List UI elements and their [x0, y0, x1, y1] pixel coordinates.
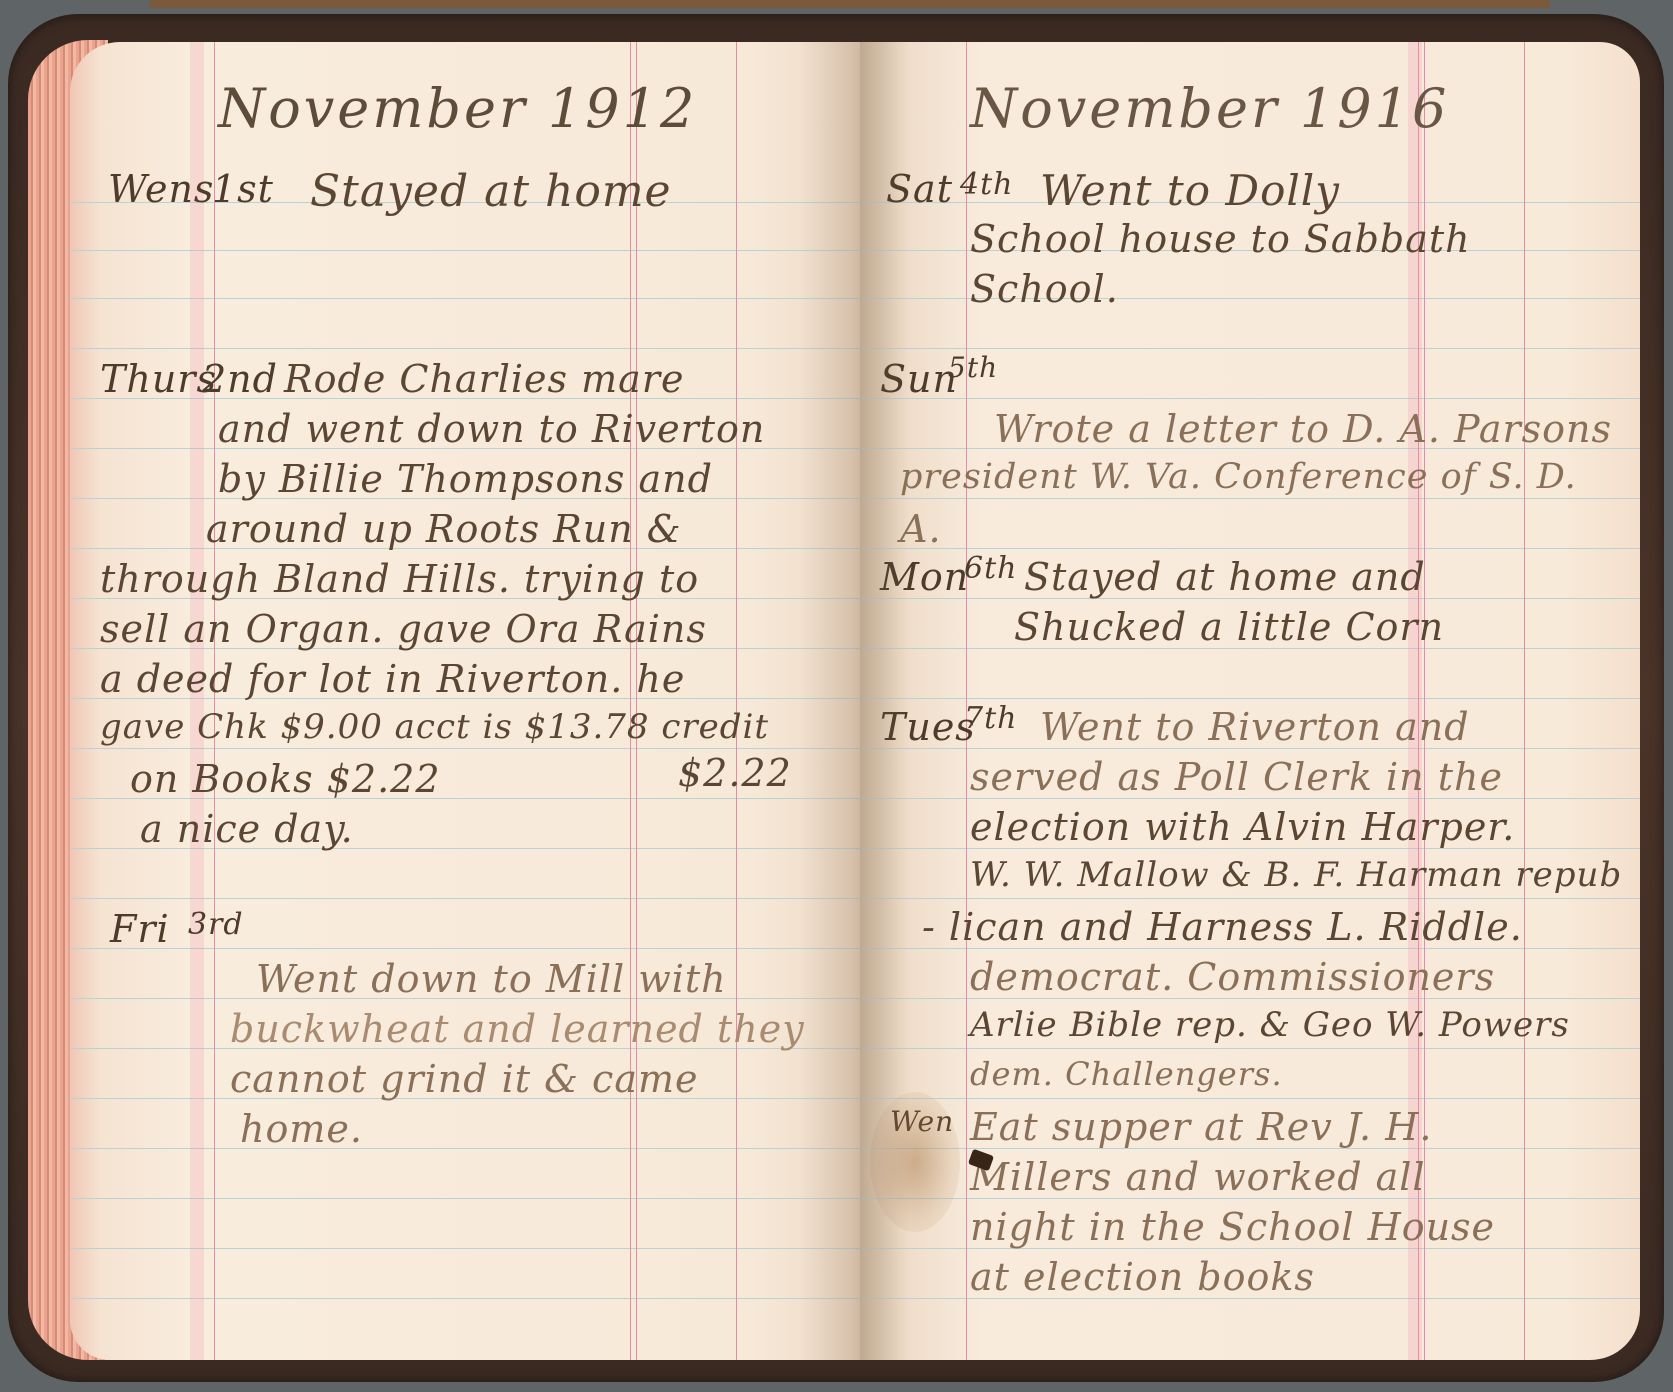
- entry-line: Arlie Bible rep. & Geo W. Powers: [970, 1008, 1570, 1042]
- entry-line: a nice day.: [140, 810, 354, 848]
- entry-line: - lican and Harness L. Riddle.: [922, 908, 1523, 946]
- rule-line: [70, 1198, 860, 1199]
- page-heading: November 1912: [218, 82, 697, 136]
- entry-line: A.: [900, 510, 942, 548]
- entry-line: School.: [970, 270, 1119, 308]
- entry-line: democrat. Commissioners: [970, 958, 1495, 996]
- rule-line: [70, 250, 860, 251]
- scan-top-edge: [150, 0, 1550, 8]
- amount-column-line: [630, 42, 637, 1360]
- entry-line: president W. Va. Conference of S. D.: [900, 460, 1577, 495]
- entry-day: Fri: [110, 910, 170, 948]
- pink-tint: [190, 42, 204, 1360]
- entry-date: 4th: [960, 170, 1013, 200]
- left-page: November 1912 Wens 1st Stayed at home Th…: [70, 42, 860, 1360]
- entry-line: Shucked a little Corn: [1014, 608, 1444, 646]
- entry-line: served as Poll Clerk in the: [970, 758, 1503, 796]
- entry-line: by Billie Thompsons and: [218, 460, 713, 498]
- rule-line: [860, 398, 1640, 399]
- entry-line: Eat supper at Rev J. H.: [970, 1108, 1432, 1146]
- rule-line: [70, 748, 860, 749]
- entry-line: cannot grind it & came: [230, 1060, 699, 1098]
- rule-line: [70, 298, 860, 299]
- entry-line: around up Roots Run &: [206, 510, 682, 548]
- rule-line: [860, 898, 1640, 899]
- date-margin-line: [214, 42, 215, 1360]
- entry-line: election with Alvin Harper.: [970, 808, 1515, 846]
- entry-day: Sat: [886, 170, 953, 208]
- margin-amount: $2.22: [678, 754, 792, 792]
- rule-line: [70, 1248, 860, 1249]
- amount-column-line: [736, 42, 737, 1360]
- entry-line: a deed for lot in Riverton. he: [100, 660, 685, 698]
- rule-line: [860, 348, 1640, 349]
- water-stain: [870, 1092, 960, 1232]
- rule-line: [70, 348, 860, 349]
- entry-line: Millers and worked all: [970, 1158, 1426, 1196]
- rule-line: [860, 698, 1640, 699]
- entry-day: Wens: [108, 170, 214, 208]
- amount-column-line: [1524, 42, 1525, 1360]
- entry-date: 2nd: [202, 360, 278, 398]
- rule-line: [70, 948, 860, 949]
- entry-day: Mon: [880, 558, 969, 596]
- entry-day: Thurs: [100, 360, 217, 398]
- entry-line: at election books: [970, 1258, 1315, 1296]
- entry-line: Went to Dolly: [1040, 170, 1340, 212]
- entry-line: dem. Challengers.: [970, 1058, 1283, 1090]
- entry-line: buckwheat and learned they: [230, 1010, 805, 1048]
- rule-line: [860, 548, 1640, 549]
- entry-date: 5th: [948, 354, 998, 382]
- entry-line: night in the School House: [970, 1208, 1495, 1246]
- entry-day: Tues: [880, 708, 976, 746]
- entry-day: Sun: [880, 360, 958, 398]
- rule-line: [860, 498, 1640, 499]
- entry-line: gave Chk $9.00 acct is $13.78 credit: [100, 710, 769, 744]
- entry-line: Wrote a letter to D. A. Parsons: [994, 410, 1612, 448]
- entry-date: 3rd: [188, 910, 244, 940]
- entry-line: and went down to Riverton: [218, 410, 765, 448]
- page-heading: November 1916: [970, 82, 1449, 136]
- rule-line: [70, 1148, 860, 1149]
- rule-line: [860, 1048, 1640, 1049]
- entry-line: Stayed at home and: [1024, 558, 1426, 596]
- entry-line: Went down to Mill with: [256, 960, 727, 998]
- entry-line: home.: [240, 1110, 363, 1148]
- entry-line: on Books $2.22: [130, 760, 441, 798]
- rule-line: [70, 898, 860, 899]
- entry-line: W. W. Mallow & B. F. Harman repub: [970, 858, 1622, 892]
- entry-date: 1st: [212, 170, 274, 208]
- entry-line: Rode Charlies mare: [284, 360, 684, 398]
- entry-line: Stayed at home: [310, 170, 672, 214]
- entry-line: through Bland Hills. trying to: [100, 560, 699, 598]
- entry-date: 6th: [964, 554, 1017, 584]
- rule-line: [860, 1098, 1640, 1099]
- entry-date: 7th: [964, 704, 1017, 734]
- entry-line: Went to Riverton and: [1040, 708, 1470, 746]
- rule-line: [70, 1298, 860, 1299]
- entry-line: School house to Sabbath: [970, 220, 1471, 258]
- right-page: November 1916 Sat 4th Went to Dolly Scho…: [860, 42, 1640, 1360]
- entry-line: sell an Organ. gave Ora Rains: [100, 610, 707, 648]
